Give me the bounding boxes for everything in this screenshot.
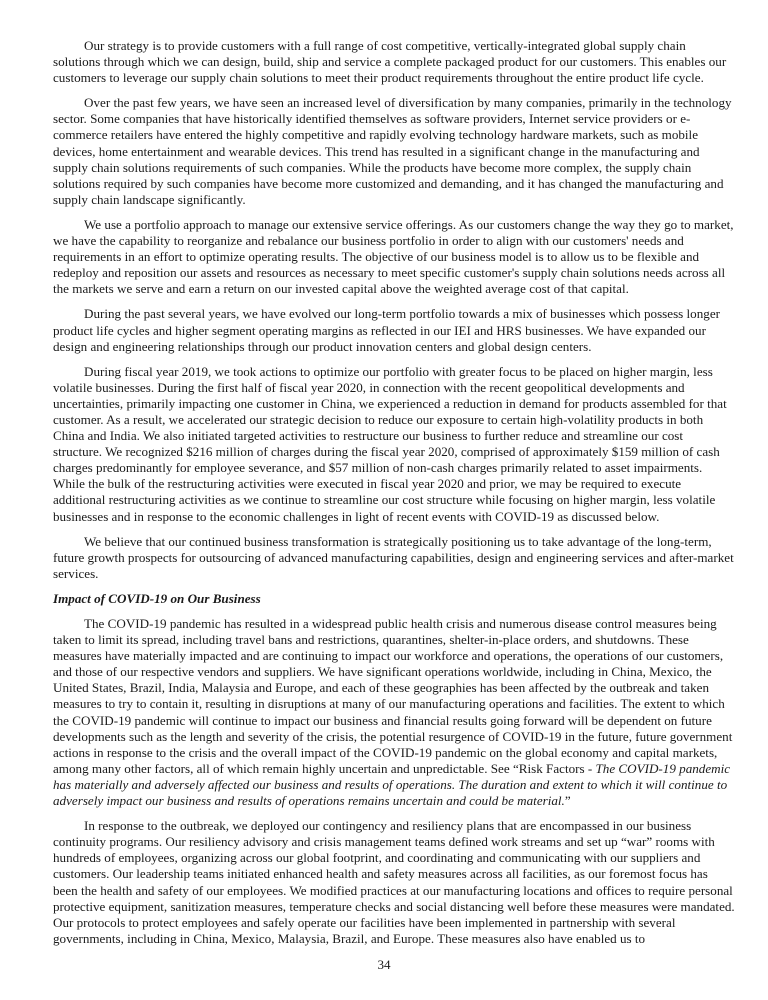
page-number: 34 <box>0 957 768 973</box>
paragraph-covid-response: In response to the outbreak, we deployed… <box>53 818 735 947</box>
paragraph-covid-impact: The COVID-19 pandemic has resulted in a … <box>53 616 735 809</box>
covid-impact-text: The COVID-19 pandemic has resulted in a … <box>53 616 732 776</box>
paragraph-fiscal-2019-restructuring: During fiscal year 2019, we took actions… <box>53 364 735 525</box>
paragraph-strategy: Our strategy is to provide customers wit… <box>53 38 735 86</box>
paragraph-business-transformation: We believe that our continued business t… <box>53 534 735 582</box>
section-heading-covid-impact: Impact of COVID-19 on Our Business <box>53 591 735 607</box>
paragraph-portfolio-approach: We use a portfolio approach to manage ou… <box>53 217 735 297</box>
document-page: Our strategy is to provide customers wit… <box>53 38 735 956</box>
closing-quote: ” <box>565 793 571 808</box>
paragraph-diversification: Over the past few years, we have seen an… <box>53 95 735 208</box>
paragraph-portfolio-evolution: During the past several years, we have e… <box>53 306 735 354</box>
